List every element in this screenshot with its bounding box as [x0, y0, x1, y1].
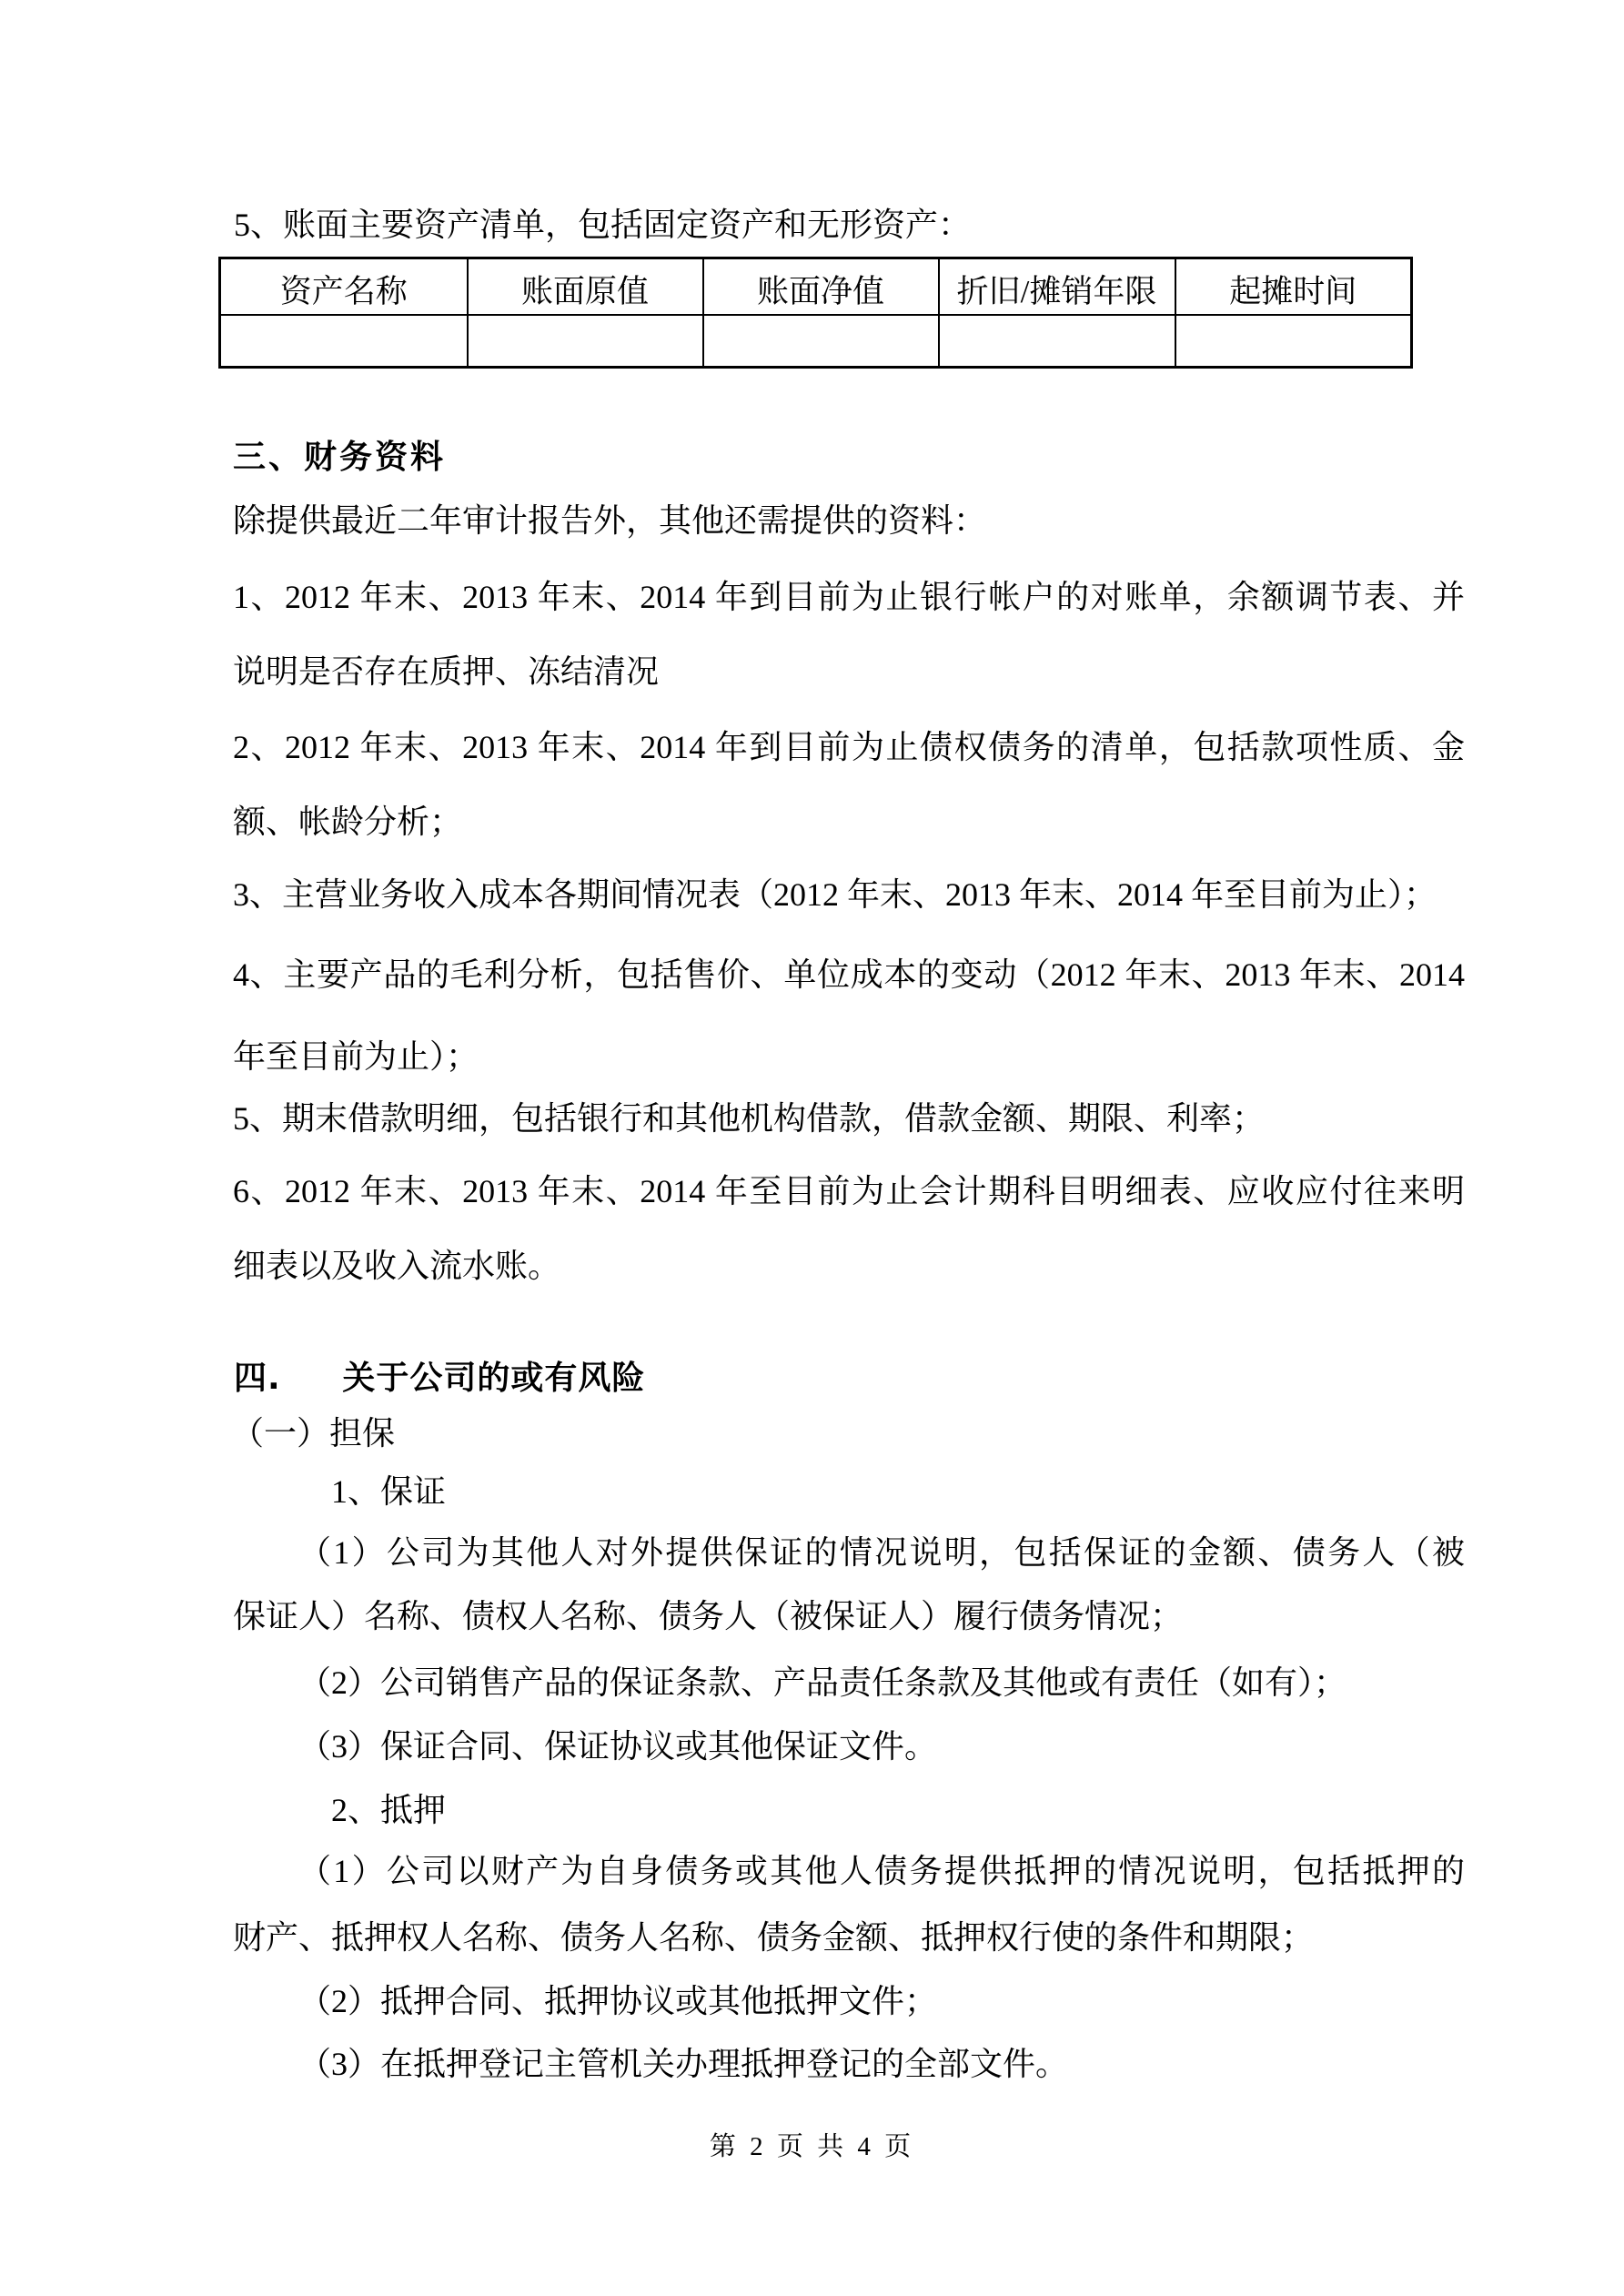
asset-table-header-cell: 账面净值 — [703, 258, 939, 315]
mortgage-item-label: 2、抵押 — [331, 1789, 446, 1831]
paragraph-line: 保证人）名称、债权人名称、债务人（被保证人）履行债务情况； — [233, 1595, 1183, 1637]
section3-item-line: 年至目前为止）； — [233, 1036, 479, 1077]
paragraph-line: （2）抵押合同、抵押协议或其他抵押文件； — [298, 1980, 937, 2022]
asset-table-header-cell: 折旧/摊销年限 — [939, 258, 1175, 315]
section3-item-line: 5、期末借款明细，包括银行和其他机构借款，借款金额、期限、利率； — [233, 1097, 1265, 1139]
section3-item-line: 6、2012 年末、2013 年末、2014 年至目前为止会计期科目明细表、应收… — [233, 1170, 1465, 1212]
guarantee-item-label: 1、保证 — [331, 1471, 446, 1512]
asset-table-header-cell: 账面原值 — [468, 258, 703, 315]
section3-item-line: 细表以及收入流水账。 — [233, 1245, 560, 1287]
asset-table-empty-cell — [1175, 315, 1412, 368]
document-page: 5、账面主要资产清单，包括固定资产和无形资产： 资产名称 账面原值 账面净值 折… — [0, 0, 1624, 2296]
paragraph-line: （3）在抵押登记主管机关办理抵押登记的全部文件。 — [298, 2043, 1068, 2085]
paragraph-line: （2）公司销售产品的保证条款、产品责任条款及其他或有责任（如有）； — [298, 1662, 1347, 1704]
section3-item-line: 4、主要产品的毛利分析，包括售价、单位成本的变动（2012 年末、2013 年末… — [233, 954, 1465, 996]
asset-table-header-cell: 起摊时间 — [1175, 258, 1412, 315]
section3-item-line: 1、2012 年末、2013 年末、2014 年到目前为止银行帐户的对账单，余额… — [233, 576, 1465, 618]
section3-item-line: 额、帐龄分析； — [233, 801, 462, 843]
asset-list-intro: 5、账面主要资产清单，包括固定资产和无形资产： — [234, 204, 971, 246]
paragraph-line: （1）公司以财产为自身债务或其他人债务提供抵押的情况说明，包括抵押的 — [298, 1850, 1465, 1892]
section4-heading: 四. 关于公司的或有风险 — [234, 1358, 645, 1400]
paragraph-line: 财产、抵押权人名称、债务人名称、债务金额、抵押权行使的条件和期限； — [233, 1917, 1314, 1958]
subsection-guarantee-label: （一）担保 — [231, 1412, 395, 1454]
section3-intro: 除提供最近二年审计报告外，其他还需提供的资料： — [233, 500, 986, 541]
asset-table-empty-cell — [939, 315, 1175, 368]
page-number: 第 2 页 共 4 页 — [0, 2126, 1624, 2163]
asset-table-empty-cell — [468, 315, 703, 368]
asset-table-empty-row — [220, 315, 1412, 368]
paragraph-line: （3）保证合同、保证协议或其他保证文件。 — [298, 1725, 937, 1767]
section3-item-line: 说明是否存在质押、冻结清况 — [233, 651, 659, 693]
section3-heading: 三、财务资料 — [233, 437, 446, 479]
paragraph-line: （1）公司为其他人对外提供保证的情况说明，包括保证的金额、债务人（被 — [298, 1532, 1465, 1573]
asset-table-empty-cell — [703, 315, 939, 368]
section3-item-line: 3、主营业务收入成本各期间情况表（2012 年末、2013 年末、2014 年至… — [233, 874, 1437, 915]
asset-table-header-cell: 资产名称 — [220, 258, 468, 315]
section3-item-line: 2、2012 年末、2013 年末、2014 年到目前为止债权债务的清单，包括款… — [233, 726, 1465, 768]
asset-table: 资产名称 账面原值 账面净值 折旧/摊销年限 起摊时间 — [218, 257, 1413, 369]
asset-table-header-row: 资产名称 账面原值 账面净值 折旧/摊销年限 起摊时间 — [220, 258, 1412, 315]
asset-table-empty-cell — [220, 315, 468, 368]
